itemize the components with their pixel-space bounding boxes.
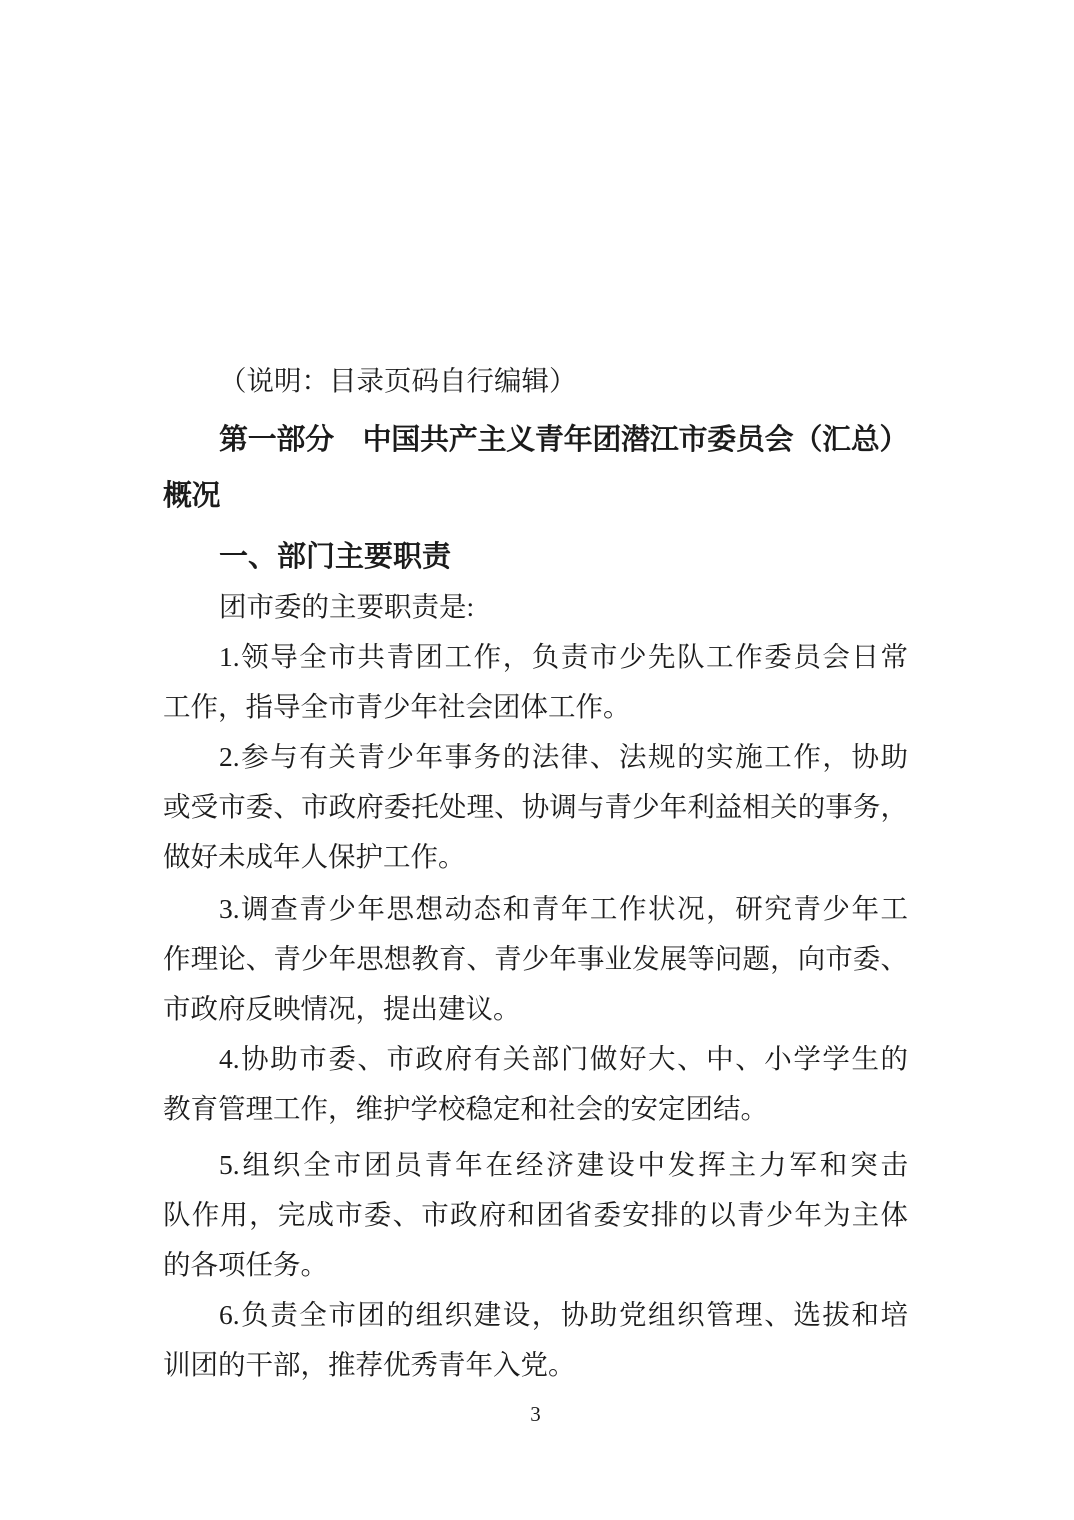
duty4-line2: 教育管理工作，维护学校稳定和社会的安定团结。 <box>163 1084 908 1134</box>
duty2-line2: 或受市委、市政府委托处理、协调与青少年利益相关的事务， <box>163 782 908 832</box>
duty6-line1: 6.负责全市团的组织建设，协助党组织管理、选拔和培 <box>163 1290 908 1340</box>
duty3-line1: 3.调查青少年思想动态和青年工作状况，研究青少年工 <box>163 884 908 934</box>
section1-heading: 一、部门主要职责 <box>163 532 908 582</box>
part1-heading-line1: 第一部分 中国共产主义青年团潜江市委员会（汇总） <box>163 412 908 468</box>
document-page: （说明：目录页码自行编辑） 第一部分 中国共产主义青年团潜江市委员会（汇总） 概… <box>0 0 1074 1520</box>
duty5-line2: 队作用，完成市委、市政府和团省委安排的以青少年为主体 <box>163 1190 908 1240</box>
duty1-line1: 1.领导全市共青团工作，负责市少先队工作委员会日常 <box>163 632 908 682</box>
duty5-line3: 的各项任务。 <box>163 1240 908 1290</box>
duty4-line1: 4.协助市委、市政府有关部门做好大、中、小学学生的 <box>163 1034 908 1084</box>
duty5-line1: 5.组织全市团员青年在经济建设中发挥主力军和突击 <box>163 1140 908 1190</box>
document-text-block: （说明：目录页码自行编辑） 第一部分 中国共产主义青年团潜江市委员会（汇总） 概… <box>163 356 908 1390</box>
part1-heading-line2: 概况 <box>163 468 908 524</box>
duty2-line1: 2.参与有关青少年事务的法律、法规的实施工作，协助 <box>163 732 908 782</box>
duty3-line3: 市政府反映情况，提出建议。 <box>163 984 908 1034</box>
duty3-line2: 作理论、青少年思想教育、青少年事业发展等问题，向市委、 <box>163 934 908 984</box>
duty6-line2: 训团的干部，推荐优秀青年入党。 <box>163 1340 908 1390</box>
note-line: （说明：目录页码自行编辑） <box>163 356 908 406</box>
duty1-line2: 工作，指导全市青少年社会团体工作。 <box>163 682 908 732</box>
duty2-line3: 做好未成年人保护工作。 <box>163 832 908 882</box>
page-number: 3 <box>163 1400 908 1428</box>
duties-intro-line: 团市委的主要职责是: <box>163 582 908 632</box>
